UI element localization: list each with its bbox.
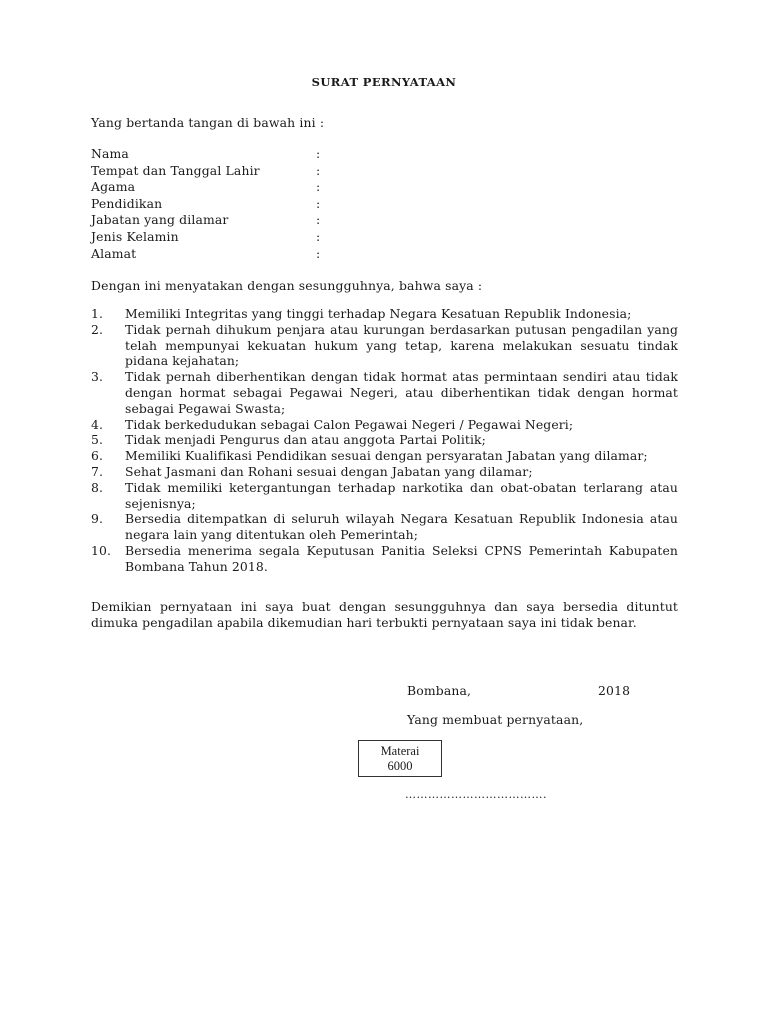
item-text: Tidak pernah dihukum penjara atau kurung… [125, 322, 678, 369]
field-separator: : [316, 146, 320, 163]
item-text: Tidak berkedudukan sebagai Calon Pegawai… [125, 417, 678, 433]
signature-maker-label: Yang membuat pernyataan, [407, 712, 583, 729]
item-number: 10. [91, 543, 111, 559]
stamp-box: Materai 6000 [358, 740, 442, 777]
field-separator: : [316, 246, 320, 263]
item-text: Tidak menjadi Pengurus dan atau anggota … [125, 432, 678, 448]
field-label: Jenis Kelamin [91, 229, 179, 244]
field-alamat: Alamat : [91, 246, 260, 263]
field-label: Alamat [91, 246, 136, 261]
item-number: 1. [91, 306, 103, 322]
item-number: 2. [91, 322, 103, 338]
field-separator: : [316, 212, 320, 229]
field-nama: Nama : [91, 146, 260, 163]
list-item: 10. Bersedia menerima segala Keputusan P… [91, 543, 678, 575]
intro-text: Yang bertanda tangan di bawah ini : [91, 115, 324, 132]
closing-paragraph: Demikian pernyataan ini saya buat dengan… [91, 599, 678, 631]
field-separator: : [316, 163, 320, 180]
item-number: 7. [91, 464, 103, 480]
item-number: 8. [91, 480, 103, 496]
item-text: Memiliki Integritas yang tinggi terhadap… [125, 306, 678, 322]
item-number: 3. [91, 369, 103, 385]
declaration-intro: Dengan ini menyatakan dengan sesungguhny… [91, 278, 482, 295]
list-item: 5. Tidak menjadi Pengurus dan atau anggo… [91, 432, 678, 448]
field-jenis-kelamin: Jenis Kelamin : [91, 229, 260, 246]
item-text: Sehat Jasmani dan Rohani sesuai dengan J… [125, 464, 678, 480]
field-label: Jabatan yang dilamar [91, 212, 229, 227]
list-item: 2. Tidak pernah dihukum penjara atau kur… [91, 322, 678, 369]
document-title: SURAT PERNYATAAN [0, 75, 768, 89]
list-item: 3. Tidak pernah diberhentikan dengan tid… [91, 369, 678, 416]
item-text: Memiliki Kualifikasi Pendidikan sesuai d… [125, 448, 678, 464]
list-item: 9. Bersedia ditempatkan di seluruh wilay… [91, 511, 678, 543]
list-item: 7. Sehat Jasmani dan Rohani sesuai denga… [91, 464, 678, 480]
item-text: Bersedia menerima segala Keputusan Panit… [125, 543, 678, 575]
signature-line: ………………………………. [405, 787, 547, 804]
field-label: Pendidikan [91, 196, 162, 211]
field-separator: : [316, 179, 320, 196]
list-item: 8. Tidak memiliki ketergantungan terhada… [91, 480, 678, 512]
field-pendidikan: Pendidikan : [91, 196, 260, 213]
field-label: Tempat dan Tanggal Lahir [91, 163, 260, 178]
stamp-value: 6000 [359, 759, 441, 774]
field-jabatan: Jabatan yang dilamar : [91, 212, 260, 229]
list-item: 6. Memiliki Kualifikasi Pendidikan sesua… [91, 448, 678, 464]
list-item: 4. Tidak berkedudukan sebagai Calon Pega… [91, 417, 678, 433]
stamp-label: Materai [359, 744, 441, 759]
item-number: 9. [91, 511, 103, 527]
signature-year: 2018 [598, 683, 630, 700]
identity-fields: Nama : Tempat dan Tanggal Lahir : Agama … [91, 146, 260, 262]
field-label: Agama [91, 179, 135, 194]
item-number: 4. [91, 417, 103, 433]
item-number: 5. [91, 432, 103, 448]
field-tempat-tanggal-lahir: Tempat dan Tanggal Lahir : [91, 163, 260, 180]
document-page: SURAT PERNYATAAN Yang bertanda tangan di… [0, 0, 768, 1024]
field-separator: : [316, 196, 320, 213]
field-label: Nama [91, 146, 129, 161]
signature-place: Bombana, [407, 683, 471, 700]
item-text: Bersedia ditempatkan di seluruh wilayah … [125, 511, 678, 543]
list-item: 1. Memiliki Integritas yang tinggi terha… [91, 306, 678, 322]
statement-list: 1. Memiliki Integritas yang tinggi terha… [91, 306, 678, 575]
field-separator: : [316, 229, 320, 246]
field-agama: Agama : [91, 179, 260, 196]
item-text: Tidak pernah diberhentikan dengan tidak … [125, 369, 678, 416]
item-text: Tidak memiliki ketergantungan terhadap n… [125, 480, 678, 512]
item-number: 6. [91, 448, 103, 464]
